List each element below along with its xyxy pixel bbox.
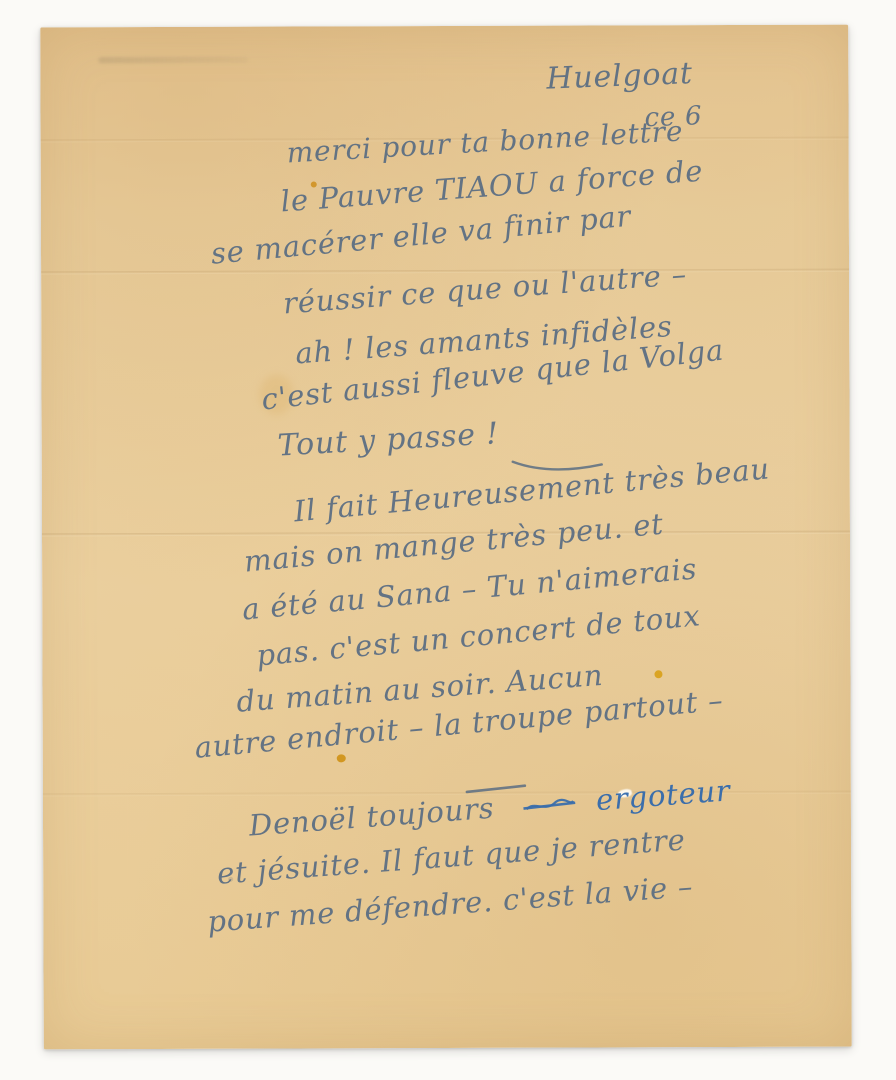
letter-photograph: Huelgoat ce 6 merci pour ta bonne lettre… [0,0,896,1080]
letter-paper-sheet: Huelgoat ce 6 merci pour ta bonne lettre… [40,25,852,1050]
foxing-spot [654,670,662,678]
fold-crease [41,269,849,275]
letter-line-text: ergoteur [595,773,732,817]
pencil-inscription-smudge [98,57,248,64]
heading-place: Huelgoat [546,56,694,97]
letter-line: Tout y passe ! [277,416,500,463]
letter-line: se macérer elle va finir par [209,199,632,271]
strikethrough-scribble [522,795,577,817]
foxing-spot [337,754,346,762]
letter-line-text: Denoël toujours [248,791,496,843]
letter-line: réussir ce que ou l'autre – [282,257,688,321]
